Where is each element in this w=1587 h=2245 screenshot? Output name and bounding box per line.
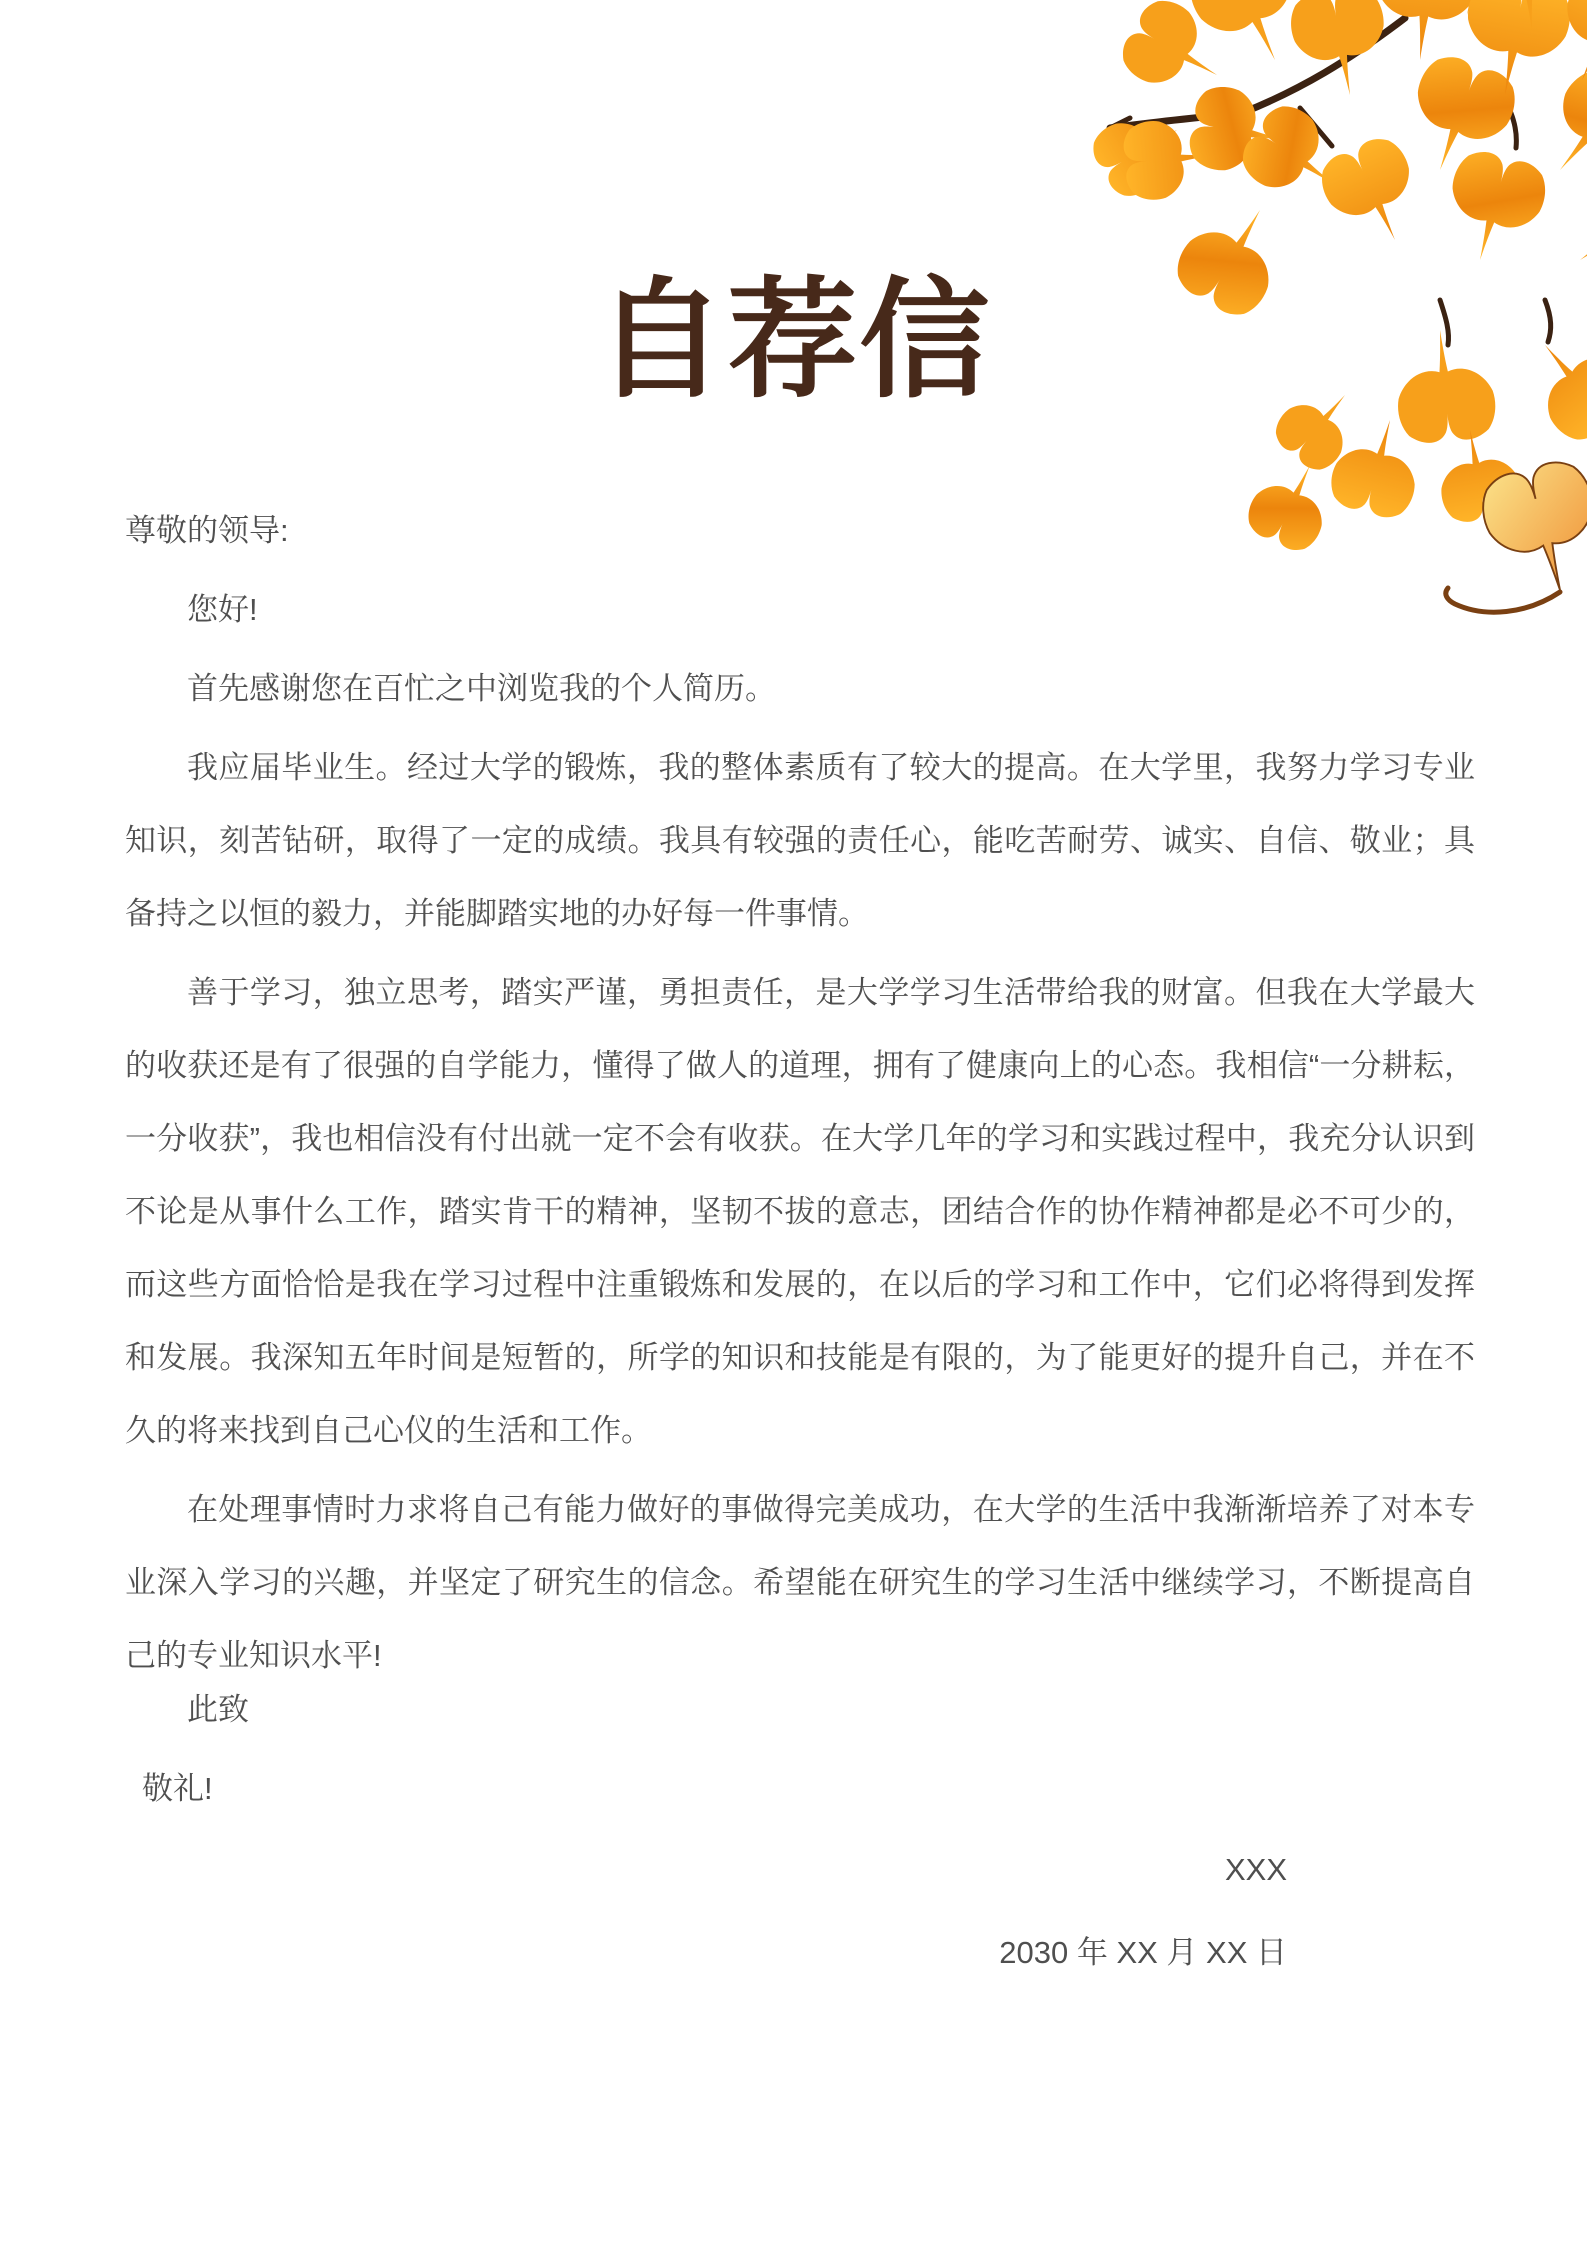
paragraph-greeting: 您好! xyxy=(125,573,1475,646)
letter-body: 尊敬的领导: 您好! 首先感谢您在百忙之中浏览我的个人简历。 我应届毕业生。经过… xyxy=(0,494,1587,1989)
closing-jingli: 敬礼! xyxy=(125,1752,1475,1825)
signature-date: 2030 年 XX 月 XX 日 xyxy=(125,1916,1287,1989)
paragraph-thanks: 首先感谢您在百忙之中浏览我的个人简历。 xyxy=(125,652,1475,725)
signature-name: XXX xyxy=(125,1833,1287,1906)
paragraph-self-intro: 我应届毕业生。经过大学的锻炼，我的整体素质有了较大的提高。在大学里，我努力学习专… xyxy=(125,731,1475,950)
signature-block: XXX 2030 年 XX 月 XX 日 xyxy=(125,1833,1475,1989)
paragraph-university-gains: 善于学习，独立思考，踏实严谨，勇担责任，是大学学习生活带给我的财富。但我在大学最… xyxy=(125,956,1475,1467)
letter-document-page: 自荐信 尊敬的领导: 您好! 首先感谢您在百忙之中浏览我的个人简历。 我应届毕业… xyxy=(0,0,1587,2245)
salutation: 尊敬的领导: xyxy=(125,494,1475,567)
paragraph-aspiration: 在处理事情时力求将自己有能力做好的事做得完美成功，在大学的生活中我渐渐培养了对本… xyxy=(125,1473,1475,1692)
letter-title: 自荐信 xyxy=(0,272,1587,410)
